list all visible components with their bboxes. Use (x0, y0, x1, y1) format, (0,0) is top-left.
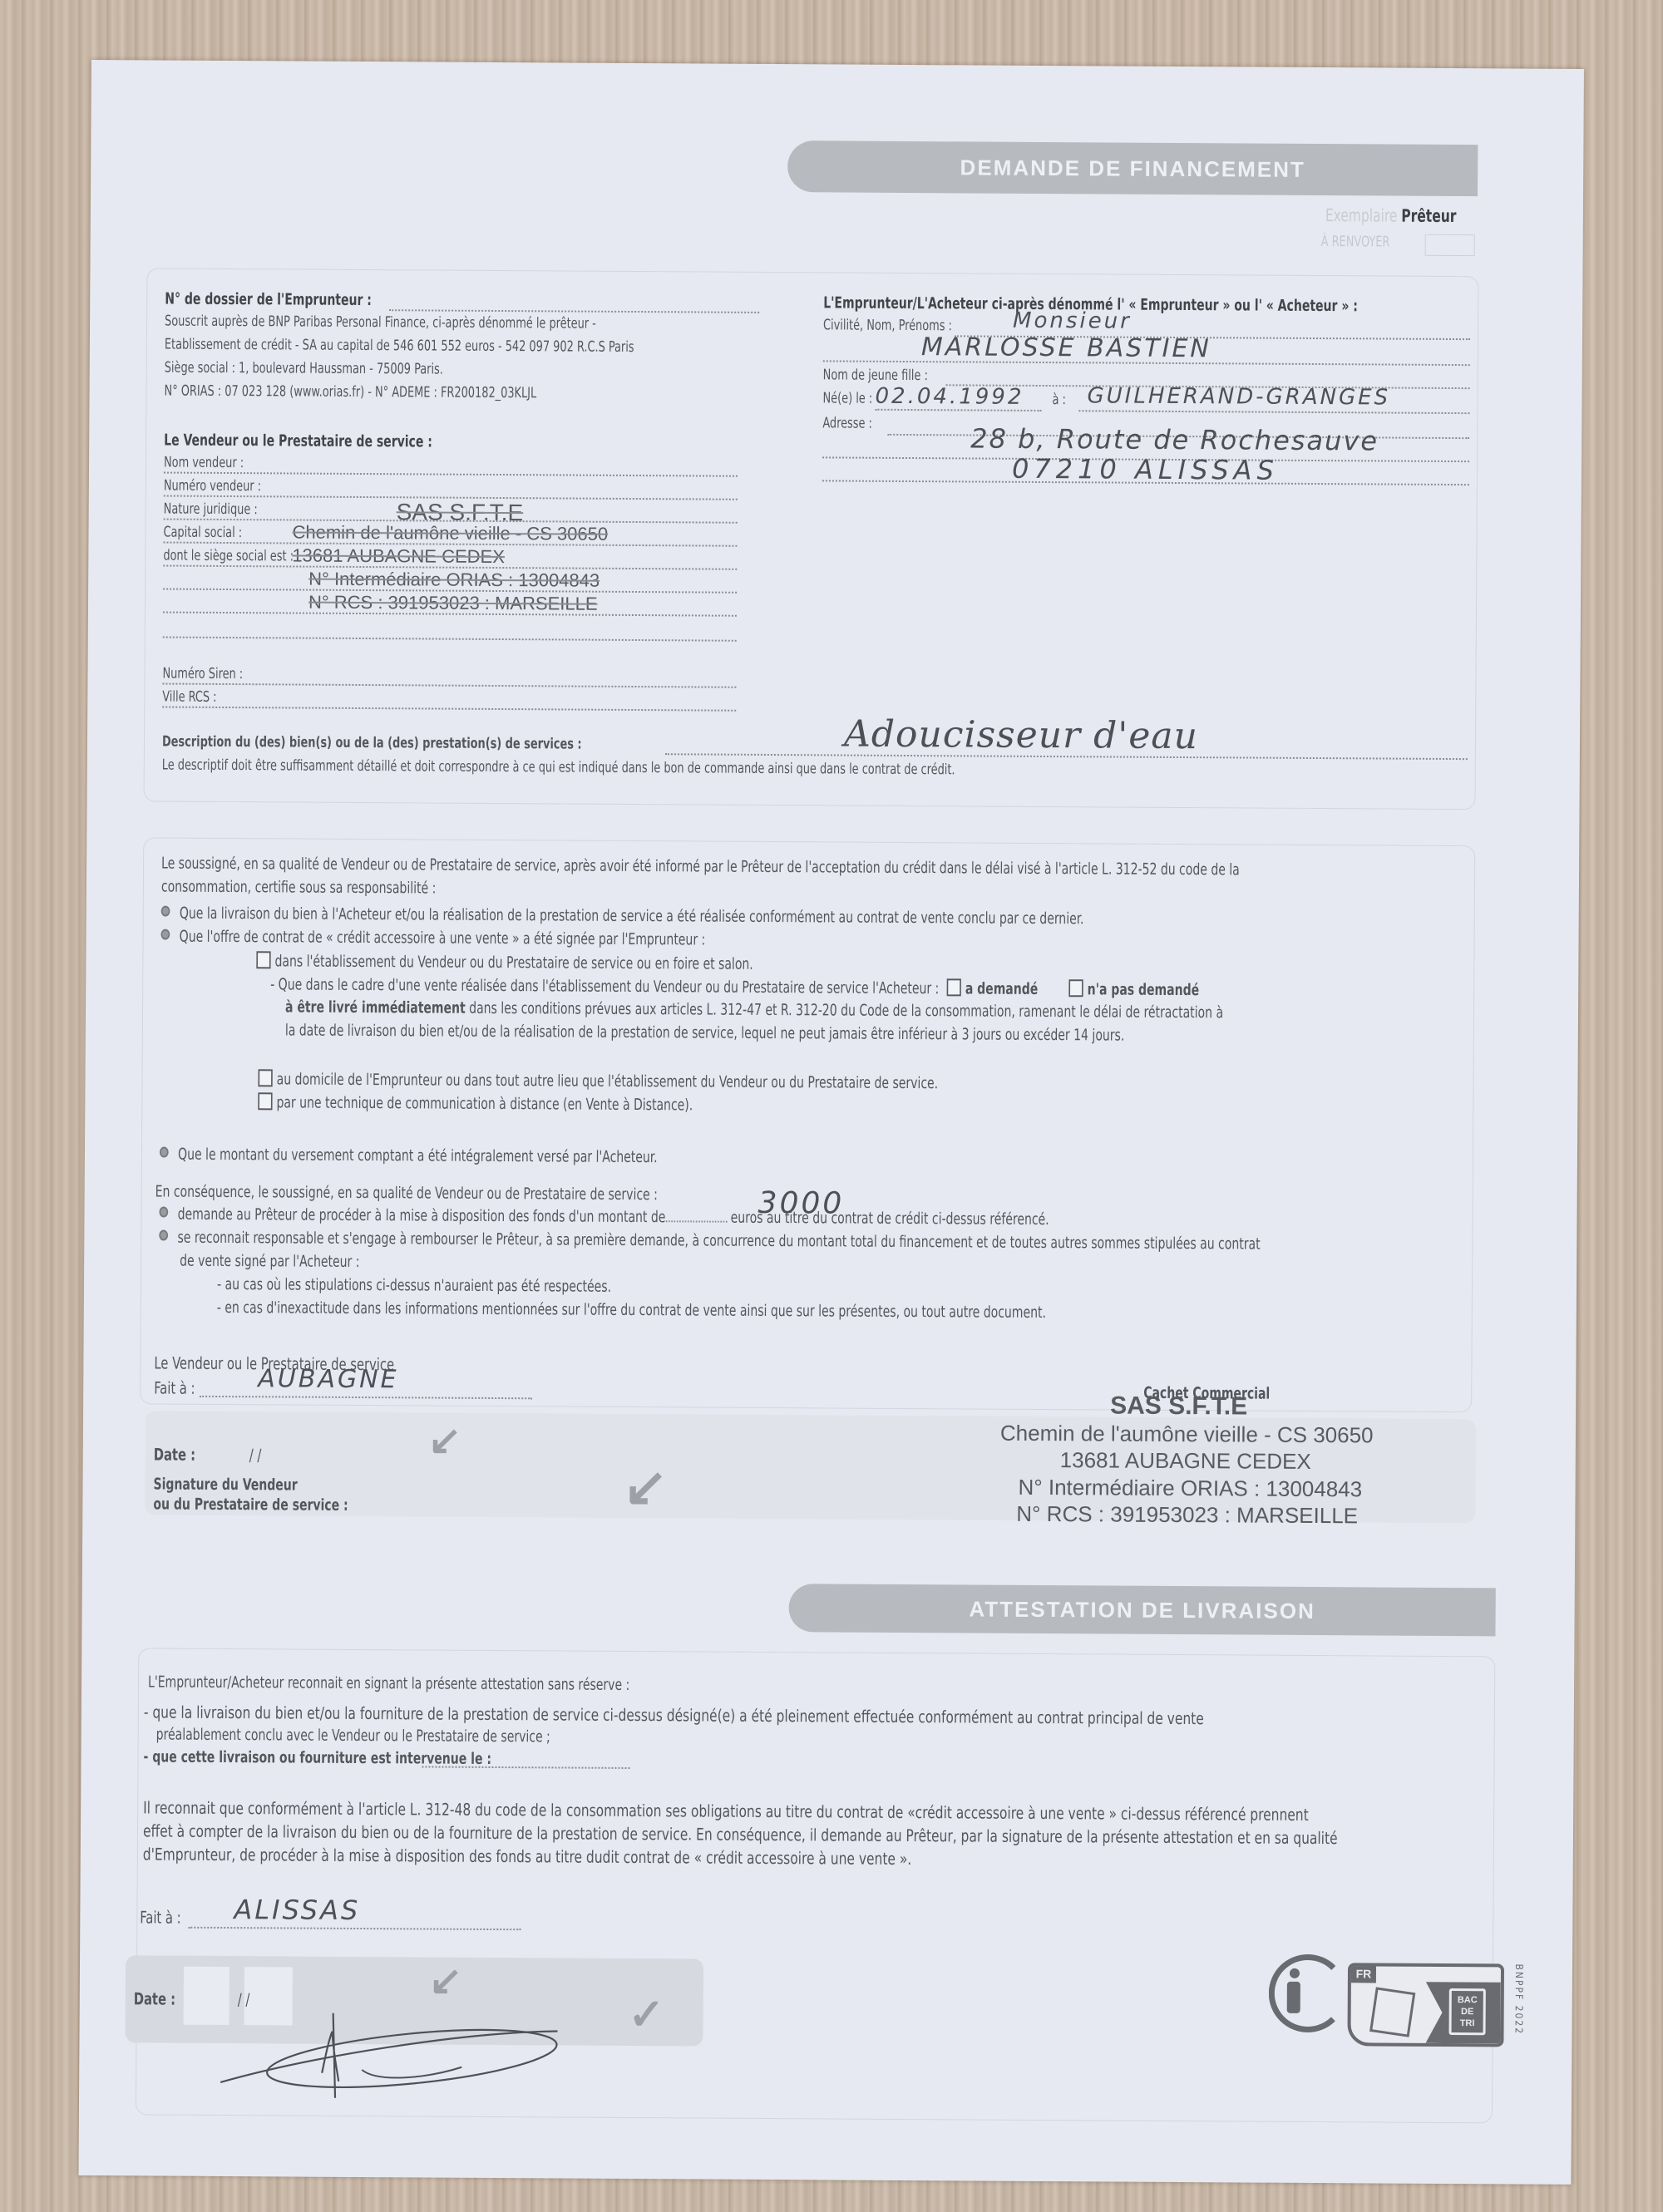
sorting-bin-icon: BACDETRI (1449, 1988, 1486, 2035)
bullet-icon (159, 1230, 168, 1241)
birth-date-value: 02.04.1992 (875, 384, 1024, 410)
borrower-date-label: Date : (134, 1988, 175, 2008)
checkbox-a-demande[interactable] (947, 978, 961, 996)
document-page: DEMANDE DE FINANCEMENT Exemplaire Prêteu… (78, 60, 1584, 2185)
seller-field-label: dont le siège social est : (163, 548, 294, 565)
seller-field-value: 13681 AUBAGNE CEDEX (292, 544, 505, 568)
option-establishment[interactable]: dans l'établissement du Vendeur ou du Pr… (256, 951, 753, 973)
seller-field-label: Nature juridique : (164, 501, 258, 519)
request-amount: 3000 (757, 1186, 844, 1221)
bullet-icon (161, 906, 170, 917)
lender-line-1: Souscrit auprès de BNP Paribas Personal … (165, 313, 596, 333)
bullet-icon (160, 1147, 169, 1158)
info-tri-logo: FR BACDETRI (1347, 1963, 1504, 2047)
delivery-place-value: ALISSAS (234, 1894, 360, 1926)
civility-label: Civilité, Nom, Prénoms : (823, 317, 952, 334)
seller-place-value: AUBAGNE (258, 1364, 398, 1394)
sign-here-arrow-icon: ↙ (428, 1417, 462, 1464)
copy-label: Exemplaire Prêteur (1325, 205, 1457, 226)
civility-value: Monsieur (1013, 308, 1132, 334)
description-value: Adoucisseur d'eau (844, 713, 1198, 758)
bullet-icon (159, 1207, 168, 1218)
delivery-intro: L'Emprunteur/Acheteur reconnait en signa… (148, 1673, 629, 1694)
address-label: Adresse : (822, 415, 872, 431)
option-distance[interactable]: par une technique de communication à dis… (258, 1092, 693, 1114)
delivery-place-label: Fait à : (140, 1907, 180, 1927)
seller-field-label: Numéro vendeur : (164, 478, 261, 495)
seller-sign-label-1: Signature du Vendeur (153, 1475, 297, 1494)
checkbox-na-pas-demande[interactable] (1069, 979, 1083, 997)
sign-here-arrow-icon: ↙ (429, 1958, 463, 2004)
checkbox-establishment[interactable] (256, 951, 270, 968)
case-1: - au cas où les stipulations ci-dessus n… (217, 1275, 611, 1296)
birth-place-label: à : (1052, 392, 1065, 408)
birth-date-label: Né(e) le : (822, 390, 872, 406)
seller-fields (91, 60, 1584, 69)
seller-field-label: Nom vendeur : (164, 455, 244, 472)
delivery-item-1b: préalablement conclu avec le Vendeur ou … (156, 1726, 550, 1746)
paper-icon (1369, 1987, 1415, 2037)
company-stamp (91, 60, 1584, 69)
banner-attestation-livraison: ATTESTATION DE LIVRAISON (788, 1584, 1495, 1636)
address-line-1: 28 b, Route de Rochesauve (970, 422, 1379, 456)
seller-field-label: Capital social : (163, 525, 242, 542)
name-value: MARLOSSE BASTIEN (921, 333, 1211, 363)
address-line-2: 07210 ALISSAS (1012, 453, 1279, 486)
stamp-line: SAS S.F.T.E (1110, 1392, 1247, 1421)
consequence-intro: En conséquence, le soussigné, en sa qual… (155, 1182, 658, 1204)
borrower-signature (212, 2006, 562, 2108)
banner-demande-financement: DEMANDE DE FINANCEMENT (787, 140, 1478, 196)
triman-recycling-icon (1269, 1954, 1348, 2033)
seller-date-label: Date : (154, 1444, 195, 1464)
side-code: BNPPF 2022 (1513, 1963, 1526, 2035)
seller-place-label: Fait à : (154, 1377, 195, 1397)
sign-here-arrow-icon: ✓ (628, 1990, 664, 2040)
responsibility-2: de vente signé par l'Acheteur : (180, 1252, 359, 1271)
seller-field-value: N° Intermédiaire ORIAS : 13004843 (308, 569, 600, 592)
stamp-line: 13681 AUBAGNE CEDEX (1060, 1447, 1311, 1475)
description-label: Description du (des) bien(s) ou de la (d… (162, 734, 582, 753)
lender-line-3: Siège social : 1, boulevard Haussman - 7… (165, 360, 443, 378)
fr-badge: FR (1351, 1964, 1376, 1983)
lender-line-2: Etablissement de crédit - SA au capital … (165, 337, 634, 356)
lender-line-4: N° ORIAS : 07 023 128 (www.orias.fr) - N… (165, 383, 537, 402)
seller-field-label: Ville RCS : (162, 689, 216, 706)
seller-sign-label-2: ou du Prestataire de service : (153, 1495, 348, 1514)
checkbox-home[interactable] (258, 1069, 272, 1086)
delivery-item-2: - que cette livraison ou fourniture est … (143, 1747, 491, 1768)
stamp-line: N° RCS : 391953023 : MARSEILLE (1016, 1501, 1358, 1530)
return-label: À RENVOYER (1321, 234, 1390, 251)
stamp-line: Chemin de l'aumône vieille - CS 30650 (1000, 1421, 1374, 1449)
maiden-name-label: Nom de jeune fille : (823, 367, 928, 384)
dossier-label: N° de dossier de l'Emprunteur : (165, 290, 372, 310)
cert-intro-2: consommation, certifie sous sa responsab… (161, 878, 437, 898)
bullet-icon (161, 929, 170, 940)
seller-field-value: N° RCS : 391953023 : MARSEILLE (308, 592, 598, 615)
cert-bullet-2: Que l'offre de contrat de « crédit acces… (160, 928, 705, 949)
sign-here-arrow-icon: ↙ (623, 1456, 668, 1518)
seller-field-label: Numéro Siren : (162, 666, 243, 683)
envelope-icon (1425, 234, 1475, 256)
birth-place-value: GUILHERAND-GRANGES (1087, 383, 1390, 410)
seller-field-value: Chemin de l'aumône vieille - CS 30650 (292, 521, 608, 544)
seller-heading: Le Vendeur ou le Prestataire de service … (164, 431, 432, 451)
checkbox-distance[interactable] (258, 1092, 272, 1110)
seller-date-value[interactable]: / / (249, 1445, 262, 1465)
cert-bullet-3: Que le montant du versement comptant a é… (160, 1145, 658, 1167)
stamp-line: N° Intermédiaire ORIAS : 13004843 (1018, 1475, 1362, 1503)
